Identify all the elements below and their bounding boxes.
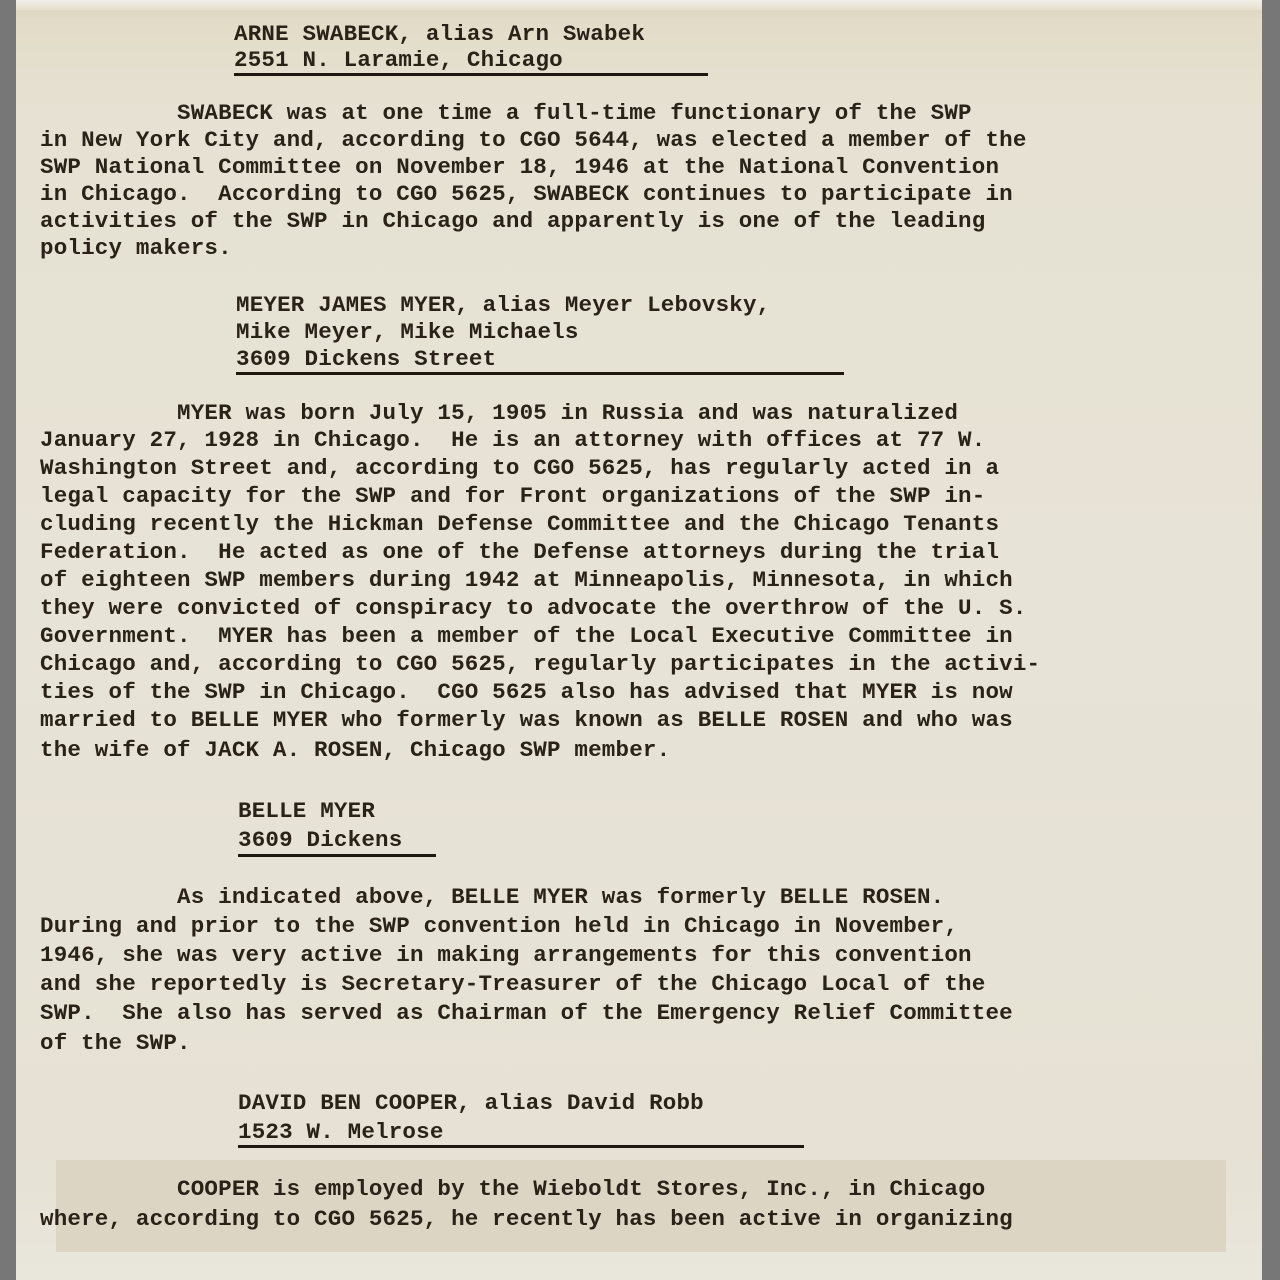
paragraph-line: Federation. He acted as one of the Defen… [40, 539, 999, 566]
paragraph-line: MYER was born July 15, 1905 in Russia an… [40, 400, 958, 427]
paragraph-line: policy makers. [40, 235, 232, 262]
entry-address: 3609 Dickens [238, 827, 402, 854]
paragraph-line: COOPER is employed by the Wieboldt Store… [40, 1176, 985, 1203]
paragraph-line: During and prior to the SWP convention h… [40, 913, 958, 940]
heading-underline [236, 372, 844, 375]
paragraph-line: As indicated above, BELLE MYER was forme… [40, 884, 944, 911]
paragraph-line: where, according to CGO 5625, he recentl… [40, 1206, 1013, 1233]
paragraph-line: ties of the SWP in Chicago. CGO 5625 als… [40, 679, 1013, 706]
paragraph-line: January 27, 1928 in Chicago. He is an at… [40, 427, 985, 454]
paragraph-line: SWP. She also has served as Chairman of … [40, 1000, 1013, 1027]
entry-aliases: Mike Meyer, Mike Michaels [236, 319, 579, 346]
heading-underline [238, 1145, 804, 1148]
paragraph-line: of eighteen SWP members during 1942 at M… [40, 567, 1013, 594]
paragraph-line: of the SWP. [40, 1030, 191, 1057]
entry-address: 3609 Dickens Street [236, 346, 496, 373]
entry-name: MEYER JAMES MYER, alias Meyer Lebovsky, [236, 292, 770, 319]
paragraph-line: SWP National Committee on November 18, 1… [40, 154, 999, 181]
entry-name: ARNE SWABECK, alias Arn Swabek [234, 21, 645, 48]
paragraph-line: in New York City and, according to CGO 5… [40, 127, 1027, 154]
entry-name: BELLE MYER [238, 798, 375, 825]
typewritten-document: ARNE SWABECK, alias Arn Swabek 2551 N. L… [0, 0, 1280, 1280]
paragraph-line: the wife of JACK A. ROSEN, Chicago SWP m… [40, 737, 670, 764]
paragraph-line: legal capacity for the SWP and for Front… [40, 483, 985, 510]
heading-underline [234, 73, 708, 76]
heading-underline [238, 854, 436, 857]
paragraph-line: they were convicted of conspiracy to adv… [40, 595, 1027, 622]
paragraph-line: and she reportedly is Secretary-Treasure… [40, 971, 985, 998]
paragraph-line: SWABECK was at one time a full-time func… [40, 100, 972, 127]
entry-name: DAVID BEN COOPER, alias David Robb [238, 1090, 704, 1117]
paragraph-line: cluding recently the Hickman Defense Com… [40, 511, 999, 538]
paragraph-line: Chicago and, according to CGO 5625, regu… [40, 651, 1040, 678]
entry-address: 2551 N. Laramie, Chicago [234, 47, 563, 74]
paragraph-line: Washington Street and, according to CGO … [40, 455, 999, 482]
paragraph-line: activities of the SWP in Chicago and app… [40, 208, 985, 235]
entry-address: 1523 W. Melrose [238, 1119, 444, 1146]
paragraph-line: Government. MYER has been a member of th… [40, 623, 1013, 650]
paragraph-line: in Chicago. According to CGO 5625, SWABE… [40, 181, 1013, 208]
paragraph-line: married to BELLE MYER who formerly was k… [40, 707, 1013, 734]
paragraph-line: 1946, she was very active in making arra… [40, 942, 972, 969]
